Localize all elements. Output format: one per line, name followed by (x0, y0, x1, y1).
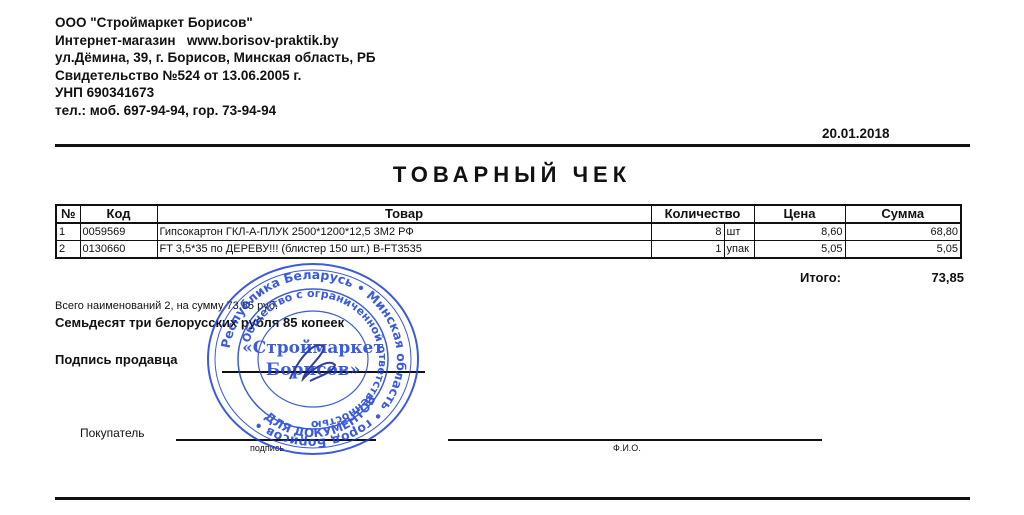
table-header-row: № Код Товар Количество Цена Сумма (56, 205, 961, 223)
buyer-name-line (448, 439, 822, 441)
company-name: ООО "Строймаркет Борисов" (55, 14, 253, 32)
table-row: 1 0059569 Гипсокартон ГКЛ-А-ПЛУК 2500*12… (56, 223, 961, 241)
row-item: FT 3,5*35 по ДЕРЕВУ!!! (блистер 150 шт.)… (157, 241, 651, 259)
row-code: 0130660 (80, 241, 157, 259)
items-table: № Код Товар Количество Цена Сумма 1 0059… (55, 204, 962, 259)
col-header-code: Код (80, 205, 157, 223)
row-code: 0059569 (80, 223, 157, 241)
row-sum: 5,05 (845, 241, 961, 259)
certificate: Свидетельство №524 от 13.06.2005 г. (55, 67, 301, 85)
unp-number: УНП 690341673 (55, 84, 154, 102)
row-price: 8,60 (754, 223, 845, 241)
name-caption: Ф.И.О. (613, 443, 641, 453)
col-header-no: № (56, 205, 80, 223)
row-qty: 1 (651, 241, 724, 259)
col-header-qty: Количество (651, 205, 754, 223)
shop-website: Интернет-магазин www.borisov-praktik.by (55, 32, 339, 50)
row-qty: 8 (651, 223, 724, 241)
total-label: Итого: (800, 270, 841, 285)
bottom-divider (55, 497, 970, 500)
document-title: ТОВАРНЫЙ ЧЕК (0, 162, 1024, 188)
row-unit: упак (724, 241, 754, 259)
col-header-price: Цена (754, 205, 845, 223)
top-divider (55, 144, 970, 147)
company-address: ул.Дёмина, 39, г. Борисов, Минская облас… (55, 49, 376, 67)
row-sum: 68,80 (845, 223, 961, 241)
receipt-date: 20.01.2018 (822, 126, 890, 141)
phones: тел.: моб. 697-94-94, гор. 73-94-94 (55, 102, 276, 120)
col-header-sum: Сумма (845, 205, 961, 223)
buyer-label: Покупатель (80, 426, 144, 440)
row-no: 1 (56, 223, 80, 241)
row-price: 5,05 (754, 241, 845, 259)
company-stamp-icon: Республика Беларусь • Минская область • … (205, 261, 421, 457)
row-unit: шт (724, 223, 754, 241)
table-row: 2 0130660 FT 3,5*35 по ДЕРЕВУ!!! (блисте… (56, 241, 961, 259)
seller-signature-label: Подпись продавца (55, 352, 177, 367)
total-value: 73,85 (900, 270, 964, 285)
col-header-item: Товар (157, 205, 651, 223)
row-item: Гипсокартон ГКЛ-А-ПЛУК 2500*1200*12,5 3М… (157, 223, 651, 241)
row-no: 2 (56, 241, 80, 259)
